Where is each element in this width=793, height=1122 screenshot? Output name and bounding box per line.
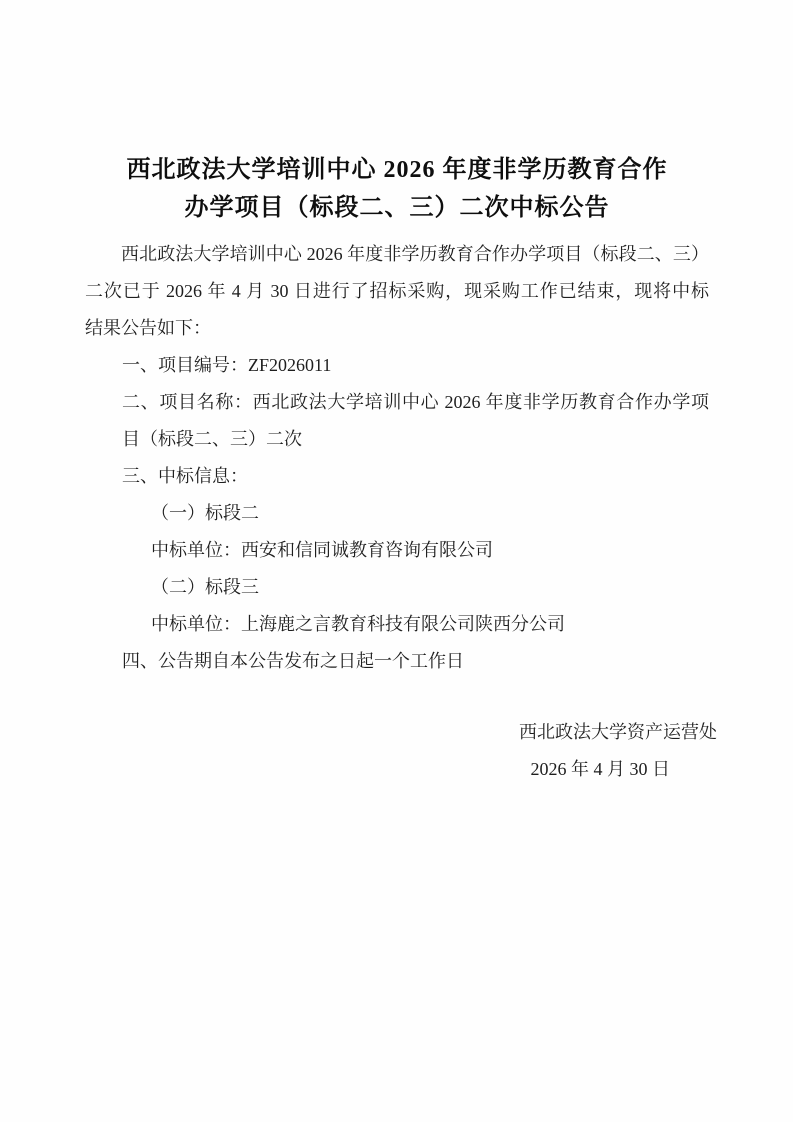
title-line-1: 西北政法大学培训中心 2026 年度非学历教育合作 xyxy=(85,151,709,189)
title-line-2: 办学项目（标段二、三）二次中标公告 xyxy=(85,189,709,227)
item-project-name-line-1: 二、项目名称：西北政法大学培训中心 2026 年度非学历教育合作办学项 xyxy=(122,384,709,421)
signature-organization: 西北政法大学资产运营处 xyxy=(85,714,717,751)
intro-line-3: 结果公告如下： xyxy=(85,310,709,347)
sub-item-lot-3-heading: （二）标段三 xyxy=(151,569,709,606)
announcement-body: 一、项目编号：ZF2026011 二、项目名称：西北政法大学培训中心 2026 … xyxy=(85,347,709,680)
item-project-name-line-2: 目（标段二、三）二次 xyxy=(122,421,709,458)
sub-item-lot-2-heading: （一）标段二 xyxy=(151,495,709,532)
item-announcement-period: 四、公告期自本公告发布之日起一个工作日 xyxy=(122,643,709,680)
document-page: 西北政法大学培训中心 2026 年度非学历教育合作 办学项目（标段二、三）二次中… xyxy=(0,0,793,1122)
document-title: 西北政法大学培训中心 2026 年度非学历教育合作 办学项目（标段二、三）二次中… xyxy=(85,151,709,227)
signature-date: 2026 年 4 月 30 日 xyxy=(85,751,717,788)
intro-line-2: 二次已于 2026 年 4 月 30 日进行了招标采购，现采购工作已结束，现将中… xyxy=(85,273,709,310)
signature-block: 西北政法大学资产运营处 2026 年 4 月 30 日 xyxy=(85,714,717,788)
item-award-info-heading: 三、中标信息： xyxy=(122,458,709,495)
intro-line-1: 西北政法大学培训中心 2026 年度非学历教育合作办学项目（标段二、三） xyxy=(85,236,709,273)
item-project-number: 一、项目编号：ZF2026011 xyxy=(122,347,709,384)
sub-item-lot-3-winner: 中标单位：上海鹿之言教育科技有限公司陕西分公司 xyxy=(151,606,709,643)
intro-paragraph: 西北政法大学培训中心 2026 年度非学历教育合作办学项目（标段二、三） 二次已… xyxy=(85,236,709,347)
sub-item-lot-2-winner: 中标单位：西安和信同诚教育咨询有限公司 xyxy=(151,532,709,569)
